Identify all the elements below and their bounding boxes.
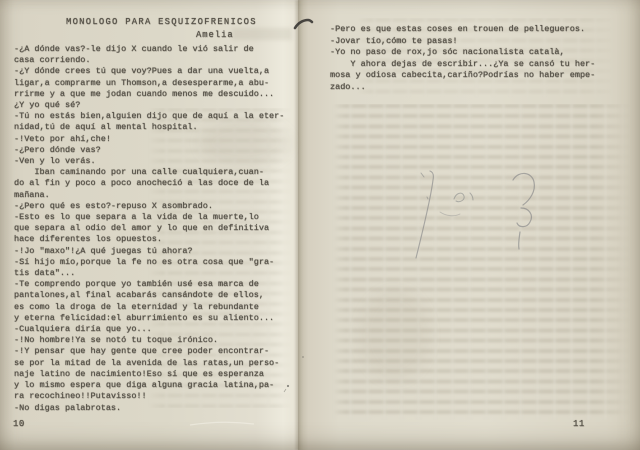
author-name: Amelia <box>196 30 234 41</box>
bleedthrough-text-right <box>332 104 630 420</box>
right-page-text: -Pero es que estas coses en trouen de pe… <box>330 24 595 94</box>
spine-crease <box>294 0 303 450</box>
page-number-left: 10 <box>13 419 25 430</box>
paper-stain <box>360 290 430 380</box>
pen-stroke-squiggle <box>454 193 473 202</box>
book-photo: MONOLOGO PARA ESQUIZOFRENICOS Amelia -¿A… <box>0 0 640 450</box>
page-title: MONOLOGO PARA ESQUIZOFRENICOS <box>66 17 257 28</box>
paper-fold-highlight <box>190 422 254 425</box>
ink-speck <box>287 385 289 387</box>
pen-stroke-slash <box>416 171 433 258</box>
pen-stroke-doodle <box>513 173 534 249</box>
page-number-right: 11 <box>573 419 585 430</box>
left-page-text: -¿A dónde vas?-le dijo X cuando le vió s… <box>14 44 284 414</box>
ink-smudge <box>232 28 292 40</box>
ink-tick-mark <box>295 20 312 28</box>
ink-speck <box>302 356 304 358</box>
